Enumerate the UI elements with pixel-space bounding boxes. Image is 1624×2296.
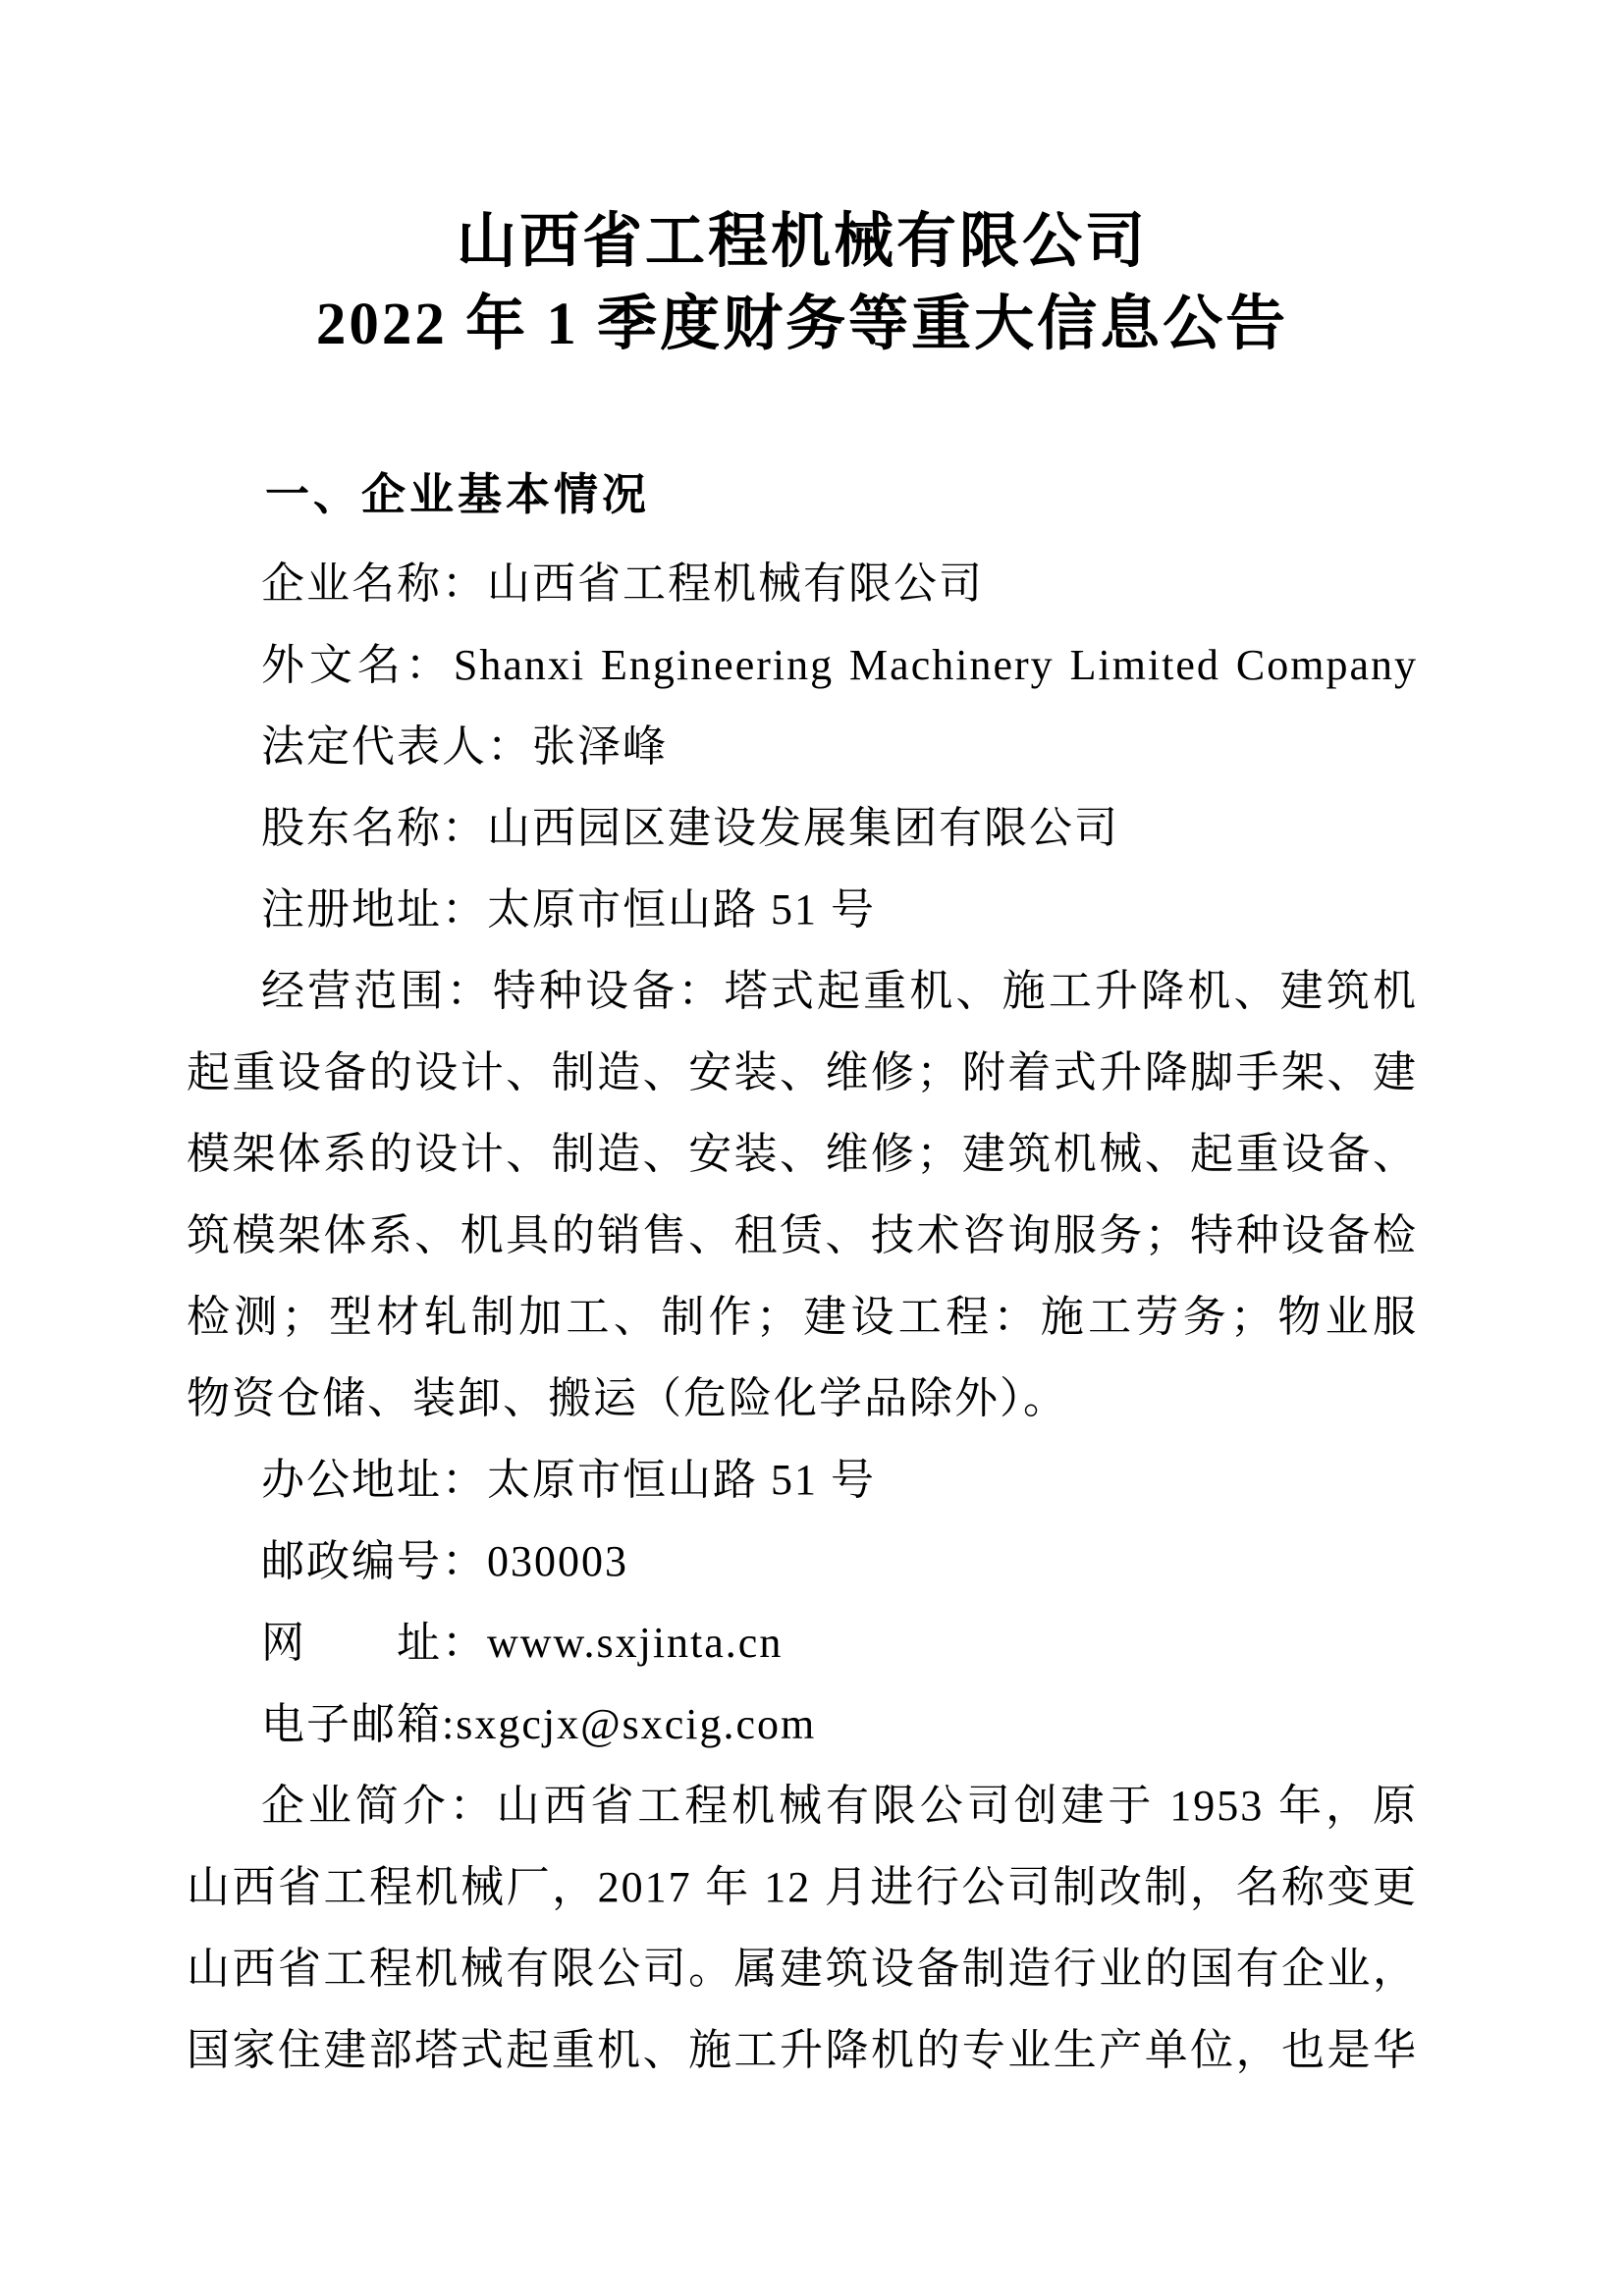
body-line-email: 电子邮箱:sxgcjx@sxcig.com	[187, 1683, 1418, 1765]
body-line-business-scope-6: 物资仓储、装卸、搬运（危险化学品除外）。	[187, 1358, 1418, 1439]
body-line-profile-4: 国家住建部塔式起重机、施工升降机的专业生产单位，也是华北	[187, 2009, 1418, 2091]
document-title-line-1: 山西省工程机械有限公司	[187, 201, 1418, 284]
body-line-shareholder: 股东名称：山西园区建设发展集团有限公司	[187, 787, 1418, 869]
body-line-business-scope-5: 检测；型材轧制加工、制作；建设工程：施工劳务；物业服务；	[187, 1276, 1418, 1358]
body-line-profile-1: 企业简介：山西省工程机械有限公司创建于 1953 年，原名	[187, 1765, 1418, 1846]
body-line-business-scope-1: 经营范围：特种设备：塔式起重机、施工升降机、建筑机械、	[187, 950, 1418, 1032]
body-line-legal-rep: 法定代表人：张泽峰	[187, 706, 1418, 787]
body-line-registered-addr: 注册地址：太原市恒山路 51 号	[187, 869, 1418, 950]
document-page: 山西省工程机械有限公司 2022 年 1 季度财务等重大信息公告 一、企业基本情…	[0, 0, 1624, 2296]
body-line-business-scope-2: 起重设备的设计、制造、安装、维修；附着式升降脚手架、建筑	[187, 1032, 1418, 1113]
section-heading: 一、企业基本情况	[187, 454, 1418, 536]
body-line-profile-2: 山西省工程机械厂，2017 年 12 月进行公司制改制，名称变更为	[187, 1846, 1418, 1928]
body-line-profile-3: 山西省工程机械有限公司。属建筑设备制造行业的国有企业，是	[187, 1928, 1418, 2009]
document-body: 企业名称：山西省工程机械有限公司 外文名：Shanxi Engineering …	[187, 543, 1418, 2091]
body-line-office-addr: 办公地址：太原市恒山路 51 号	[187, 1439, 1418, 1521]
body-line-foreign-name: 外文名：Shanxi Engineering Machinery Limited…	[187, 624, 1418, 706]
body-line-postal-code: 邮政编号：030003	[187, 1521, 1418, 1602]
body-line-business-scope-3: 模架体系的设计、制造、安装、维修；建筑机械、起重设备、建	[187, 1113, 1418, 1195]
body-line-website: 网 址：www.sxjinta.cn	[187, 1602, 1418, 1683]
body-line-company-name: 企业名称：山西省工程机械有限公司	[187, 543, 1418, 624]
document-title-line-2: 2022 年 1 季度财务等重大信息公告	[187, 284, 1418, 366]
body-line-business-scope-4: 筑模架体系、机具的销售、租赁、技术咨询服务；特种设备检验	[187, 1195, 1418, 1276]
